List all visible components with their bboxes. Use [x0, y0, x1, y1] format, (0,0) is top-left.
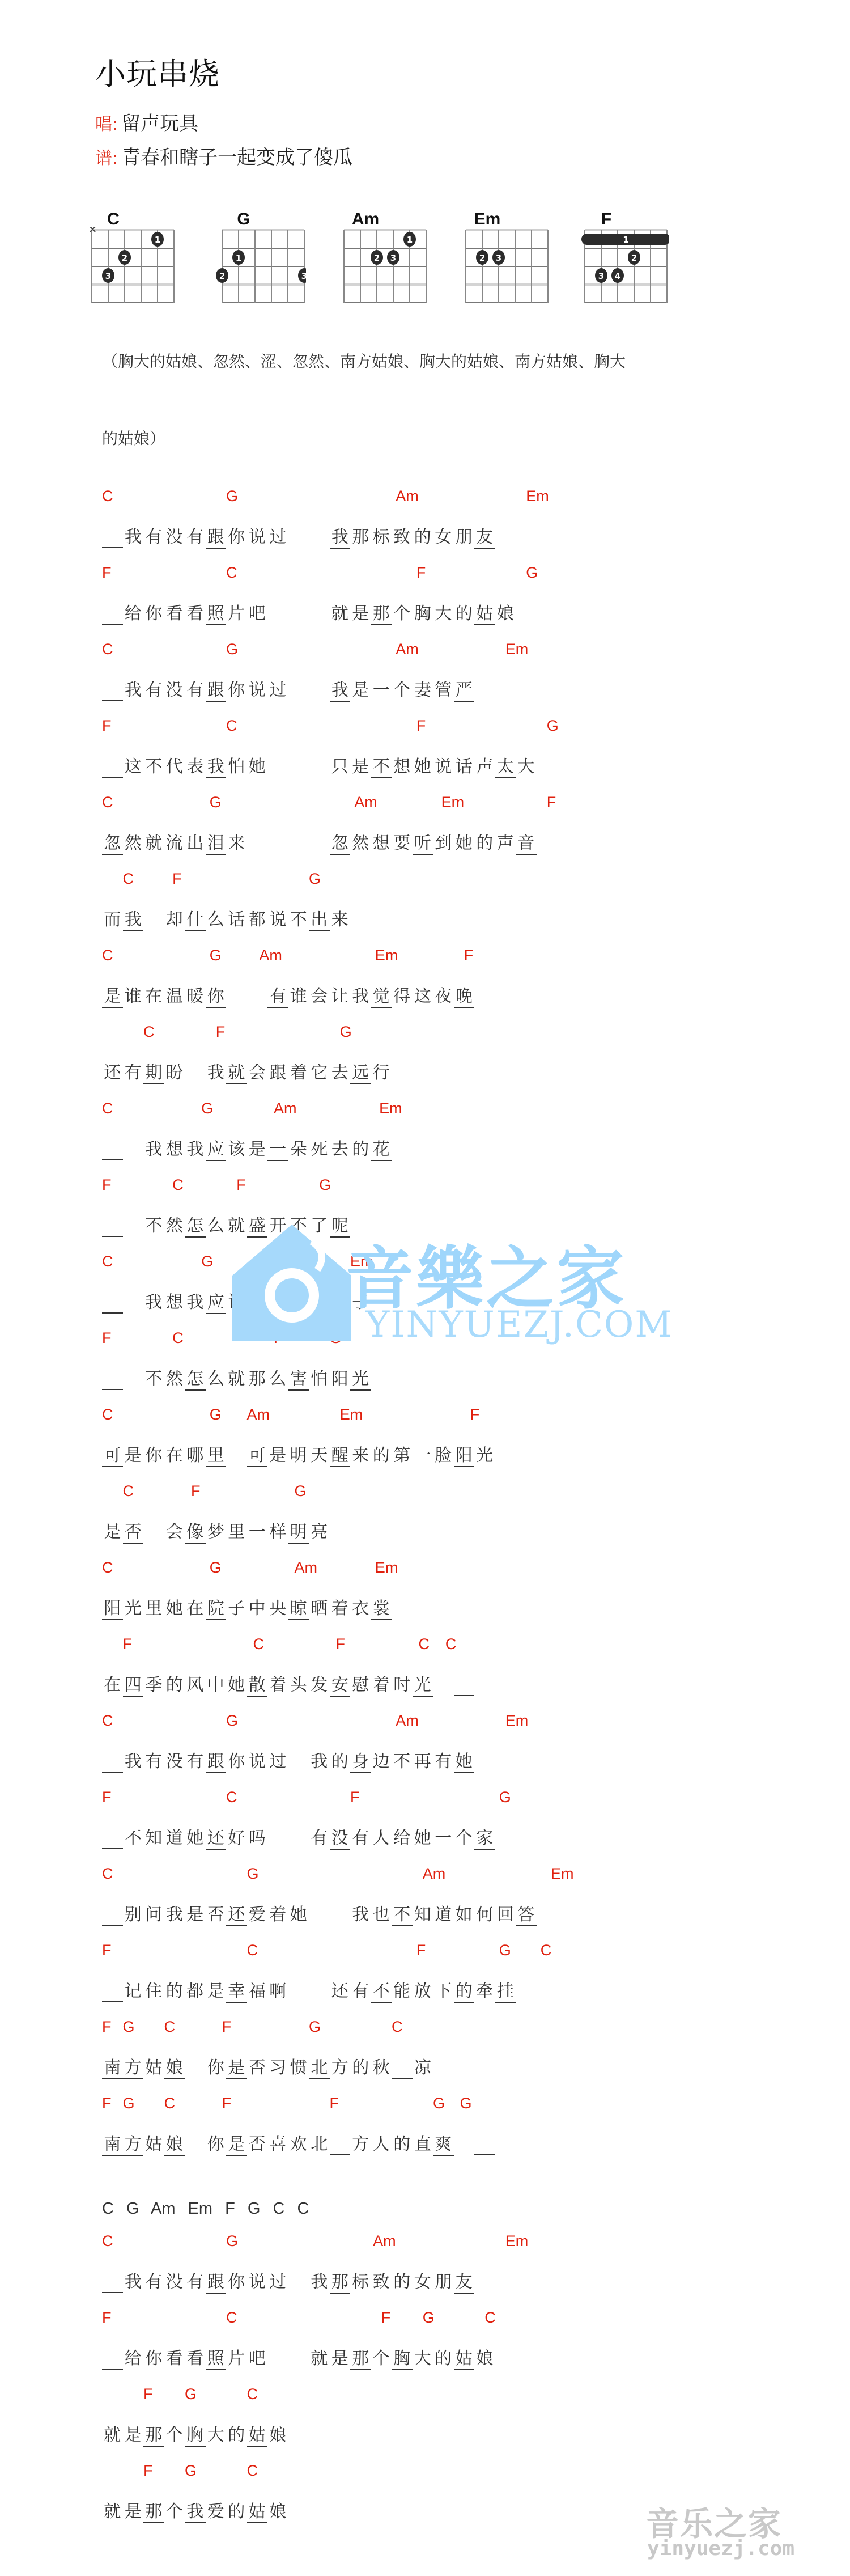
lyric-char: 我 — [350, 982, 371, 1007]
chord-name[interactable]: C — [143, 1023, 155, 1041]
chord-line: CGAmEm — [102, 1712, 810, 1731]
lyric-line: 给你看看照片吧 就是那个胸大的姑娘 — [102, 599, 516, 625]
chord-name[interactable]: F — [102, 1176, 112, 1194]
lyric-char: 喜 — [267, 2130, 288, 2155]
lyric-char: 风 — [185, 1671, 206, 1696]
chord-name[interactable]: G — [226, 488, 238, 505]
lyric-char: 姑 — [143, 2130, 164, 2155]
lyric-char: 的 — [371, 1441, 392, 1466]
chord-name[interactable]: F — [102, 564, 112, 582]
chord-name[interactable]: C — [226, 2309, 237, 2327]
chord-name[interactable]: C — [102, 1559, 113, 1577]
lyric-char: 是 — [350, 676, 371, 701]
lyric-char: 是 — [185, 1900, 206, 1925]
lyric-char: 有 — [350, 1824, 371, 1849]
lyric-char: 就 — [330, 599, 351, 624]
lyric-char: 怕 — [309, 1365, 330, 1389]
lyric-char: 也 — [371, 1900, 392, 1925]
chord-name[interactable]: C — [226, 717, 237, 735]
lyric-char: 有 — [433, 1747, 454, 1772]
lyric-char: 想 — [371, 829, 392, 854]
chord-name[interactable]: Em — [375, 947, 398, 964]
chord-line: FCFG — [102, 717, 810, 736]
lyric-char: 欢 — [288, 2130, 309, 2155]
chord-line: FGCFGC — [102, 2018, 810, 2037]
lyric-char-chord-anchor: 胸 — [392, 2344, 413, 2370]
chord-name[interactable]: G — [340, 1023, 352, 1041]
chord-name[interactable]: Am — [373, 2232, 396, 2250]
chord-name[interactable]: G — [226, 2232, 238, 2250]
lyric-char-chord-anchor: 我 — [123, 905, 144, 931]
lyric-char: 我 — [143, 1288, 164, 1313]
lyric-char: 是 — [350, 752, 371, 777]
lyric-char: 的 — [164, 1671, 185, 1696]
lyric-char: 衣 — [350, 1594, 371, 1619]
chord-name[interactable]: C — [102, 947, 113, 964]
chord-name[interactable]: C — [164, 2095, 176, 2112]
lyric-line: 我有没有跟你说过 我是一个妻管严 — [102, 676, 474, 702]
lyric-char: 我 — [123, 2268, 144, 2293]
lyric-char: 就 — [226, 1211, 247, 1236]
lyric-char — [288, 752, 309, 777]
lyric-char-chord-anchor: 阳 — [102, 1594, 123, 1620]
chord-name[interactable]: G — [185, 2462, 197, 2480]
chord-name[interactable]: G — [460, 2095, 471, 2112]
lyric-char-chord-anchor: 娘 — [164, 2053, 185, 2079]
lyric-char-chord-anchor: 答 — [516, 1900, 537, 1926]
singer-name[interactable]: 留声玩具 — [121, 112, 198, 135]
lyric-char: 夜 — [288, 1288, 309, 1313]
chord-name[interactable]: G — [210, 1559, 222, 1577]
lyric-char-chord-anchor: 一 — [267, 1135, 288, 1161]
chord-name[interactable]: Am — [274, 1253, 297, 1270]
chord-line: CGAmEmF — [102, 1406, 810, 1425]
lyric-char — [288, 676, 309, 701]
lyric-char-chord-anchor: 没 — [330, 1824, 351, 1850]
lyric-char-chord-anchor: 否 — [123, 1518, 144, 1544]
fretboard-grid-icon: 123 — [331, 227, 428, 306]
lyric-char: 她 — [247, 752, 268, 777]
lyric-char-chord-anchor — [102, 680, 123, 701]
lyric-char-chord-anchor: 那 — [330, 2268, 351, 2294]
chord-name[interactable]: F — [381, 2309, 391, 2327]
chord-name[interactable]: G — [499, 1789, 511, 1806]
chord-name[interactable]: F — [102, 2309, 112, 2327]
svg-text:1: 1 — [236, 253, 241, 263]
lyric-char-chord-anchor: 家 — [474, 1824, 495, 1850]
song-title: 小玩串烧 — [95, 50, 220, 94]
chord-line: CFG — [102, 870, 810, 889]
chord-line: CGAmEm — [102, 488, 810, 507]
chord-name[interactable]: Am — [396, 1712, 419, 1730]
lyric-char: 致 — [371, 2268, 392, 2293]
svg-text:×: × — [88, 227, 97, 235]
lyric-char: 我 — [206, 1058, 227, 1083]
lyric-char: 你 — [226, 676, 247, 701]
chord-name[interactable]: F — [102, 1789, 112, 1806]
svg-text:1: 1 — [155, 235, 160, 245]
lyric-char: 我 — [123, 1747, 144, 1772]
lyric-char: 爱 — [206, 2497, 227, 2522]
lyric-char: 个 — [371, 2344, 392, 2369]
chord-name[interactable]: F — [335, 1636, 345, 1653]
lyric-line: 忽然就流出泪来 忽然想要听到她的声音 — [102, 829, 537, 855]
lyric-char: 会 — [309, 982, 330, 1007]
chord-name[interactable]: Am — [354, 794, 377, 811]
chord-name[interactable]: F — [191, 1482, 201, 1500]
lyric-char-chord-anchor: 她 — [454, 1747, 475, 1773]
chord-name[interactable]: G — [547, 717, 559, 735]
lyric-char: 是 — [123, 1441, 144, 1466]
lyric-char-chord-anchor: 姑 — [474, 599, 495, 625]
lyric-char: 来 — [350, 1441, 371, 1466]
lyric-char-chord-anchor: 四 — [123, 1671, 144, 1697]
chord-name[interactable]: Em — [375, 1559, 398, 1577]
chord-name[interactable]: F — [547, 794, 556, 811]
chord-name[interactable]: G — [210, 1406, 222, 1423]
lyric-char: 我 — [309, 2268, 330, 2293]
chord-name[interactable]: C — [123, 1482, 134, 1500]
chord-name[interactable]: C — [392, 2018, 403, 2036]
lyric-char-chord-anchor: 照 — [206, 599, 227, 625]
svg-text:2: 2 — [219, 271, 225, 281]
lyric-char-chord-anchor: 不 — [371, 752, 392, 778]
lyric-char-chord-anchor: 方 — [123, 2130, 144, 2156]
chord-name[interactable]: C — [226, 1789, 237, 1806]
lyric-char: 跟 — [267, 1058, 288, 1083]
lyric-char: 有 — [185, 676, 206, 701]
chord-line: FGC — [102, 2462, 810, 2481]
lyric-char: 就 — [143, 829, 164, 854]
chord-name[interactable]: Am — [247, 1406, 270, 1423]
lyric-char-chord-anchor: 不 — [371, 1977, 392, 2003]
arranger-name[interactable]: 青春和瞎子一起变成了傻瓜 — [121, 146, 352, 169]
lyric-char: 放 — [413, 1977, 433, 2002]
chord-diagram-name: C — [57, 210, 170, 229]
lyric-char: 不 — [288, 905, 309, 930]
chord-name[interactable]: C — [102, 1865, 113, 1883]
chord-name[interactable]: C — [253, 1636, 264, 1653]
lyric-char-chord-anchor: 怎 — [185, 1365, 206, 1391]
lyric-char: 的 — [474, 829, 495, 854]
chord-name[interactable]: Em — [526, 488, 549, 505]
chord-name[interactable]: G — [294, 1482, 306, 1500]
chord-diagram-name: Em — [431, 210, 544, 229]
chord-name[interactable]: C — [484, 2309, 496, 2327]
chord-name[interactable]: F — [102, 2018, 112, 2036]
chord-name[interactable]: C — [102, 488, 113, 505]
chord-name[interactable]: G — [210, 794, 222, 811]
lyric-char: 她 — [164, 1594, 185, 1619]
lyric-char-chord-anchor — [102, 1905, 123, 1926]
lyric-char: 着 — [267, 1671, 288, 1696]
chord-name[interactable]: Em — [340, 1406, 363, 1423]
lyric-char: 光 — [474, 1441, 495, 1466]
lyric-char-chord-anchor — [392, 2058, 413, 2079]
chord-name[interactable]: F — [330, 2095, 339, 2112]
chord-name[interactable]: C — [418, 1636, 430, 1653]
chord-name[interactable]: F — [470, 1406, 480, 1423]
lyric-char: 的 — [350, 1135, 371, 1160]
lyric-char: 胸 — [413, 599, 433, 624]
chord-name[interactable]: G — [319, 1176, 331, 1194]
chord-name[interactable]: F — [216, 1023, 226, 1041]
lyric-line: 我想我应该是一朵死去的花 — [102, 1135, 392, 1161]
lyric-char: 下 — [433, 1977, 454, 2002]
lyric-char-chord-anchor — [330, 2134, 351, 2155]
lyric-char-chord-anchor — [102, 604, 123, 625]
lyric-char: 梦 — [206, 1518, 227, 1543]
lyric-char-chord-anchor: 盛 — [247, 1211, 268, 1238]
lyric-char: 是 — [123, 2497, 144, 2522]
chord-name[interactable]: C — [102, 1406, 113, 1423]
lyric-char: 娘 — [474, 2344, 495, 2369]
lyric-char-chord-anchor: 觉 — [371, 982, 392, 1008]
lyric-char: 没 — [164, 676, 185, 701]
chord-name[interactable]: C — [247, 2386, 258, 2403]
chord-name[interactable]: C — [541, 1942, 552, 1959]
lyric-char: 然 — [123, 829, 144, 854]
lyric-char — [247, 982, 268, 1007]
lyric-char: 是 — [102, 1518, 123, 1543]
lyric-char: 有 — [143, 2268, 164, 2293]
chord-name[interactable]: C — [102, 1253, 113, 1270]
lyric-char — [267, 829, 288, 854]
chord-name[interactable]: G — [499, 1942, 511, 1959]
chord-name[interactable]: G — [201, 1253, 213, 1270]
lyric-char: 知 — [143, 1824, 164, 1849]
watermark-center-cn: 音樂之家 — [346, 1225, 627, 1322]
chord-name[interactable]: F — [222, 2018, 232, 2036]
lyric-char: 发 — [309, 1671, 330, 1696]
lyric-char-chord-anchor: 就 — [226, 1058, 247, 1084]
lyric-char: 没 — [164, 523, 185, 548]
chord-name[interactable]: F — [143, 2462, 153, 2480]
lyric-char: 行 — [371, 1058, 392, 1083]
lyric-line: 我有没有跟你说过 我的身边不再有她 — [102, 1747, 474, 1773]
lyric-char-chord-anchor: 跟 — [206, 1747, 227, 1773]
chord-name[interactable]: Am — [396, 641, 419, 658]
chord-name[interactable]: G — [433, 2095, 445, 2112]
lyric-char — [309, 1900, 330, 1925]
chord-name[interactable]: F — [416, 564, 426, 582]
svg-text:2: 2 — [631, 253, 637, 263]
chord-name[interactable]: F — [102, 717, 112, 735]
lyric-char: 就 — [102, 2497, 123, 2522]
lyric-char: 我 — [164, 1900, 185, 1925]
chord-line: FGC — [102, 2386, 810, 2405]
chord-name[interactable]: C — [445, 1636, 457, 1653]
chord-line: FCFGC — [102, 1942, 810, 1961]
lyric-char: 大 — [413, 2344, 433, 2369]
chord-name[interactable]: Em — [505, 641, 529, 658]
lyric-char-chord-anchor: 像 — [185, 1518, 206, 1544]
chord-name[interactable]: C — [102, 794, 113, 811]
chord-name[interactable]: G — [210, 947, 222, 964]
lyric-char: 么 — [206, 905, 227, 930]
chord-name[interactable]: Em — [505, 2232, 529, 2250]
chord-line: CGAmEmF — [102, 794, 810, 813]
lyric-char — [309, 599, 330, 624]
chord-name[interactable]: C — [102, 1100, 113, 1117]
fretboard-grid-icon: 23 — [453, 227, 550, 306]
chord-name[interactable]: G — [123, 2018, 135, 2036]
lyric-char — [288, 1747, 309, 1772]
lyric-char — [288, 1824, 309, 1849]
lyric-line: 我想我应该是黑夜的孩子 — [102, 1288, 371, 1314]
lyric-char: 一 — [247, 1518, 268, 1543]
lyric-char-chord-anchor: 怎 — [185, 1211, 206, 1238]
lyric-char: 着 — [330, 1594, 351, 1619]
chord-name[interactable]: G — [309, 870, 321, 888]
chord-name[interactable]: F — [464, 947, 474, 964]
lyric-char: 么 — [206, 1365, 227, 1389]
chord-name[interactable]: C — [102, 2232, 113, 2250]
chord-name[interactable]: G — [226, 1712, 238, 1730]
chord-name[interactable]: C — [102, 641, 113, 658]
chord-name[interactable]: G — [247, 1865, 259, 1883]
lyric-char: 脸 — [433, 1441, 454, 1466]
chord-name[interactable]: G — [309, 2018, 321, 2036]
chord-name[interactable]: Am — [294, 1559, 317, 1577]
chord-name[interactable]: Em — [551, 1865, 574, 1883]
lyric-char: 的 — [226, 2421, 247, 2446]
lyric-char: 温 — [164, 982, 185, 1007]
lyric-char: 否 — [206, 1900, 227, 1925]
lyric-char-chord-anchor: 那 — [143, 2497, 164, 2523]
lyric-char: 看 — [185, 599, 206, 624]
fretboard-grid-icon: 123 — [210, 227, 306, 306]
lyric-char: 还 — [330, 1977, 351, 2002]
lyric-char: 个 — [392, 599, 413, 624]
lyric-char: 哪 — [185, 1441, 206, 1466]
singer-line: 唱:留声玩具 — [95, 108, 198, 135]
chord-name[interactable]: C — [172, 1329, 184, 1347]
chord-name[interactable]: Em — [505, 1712, 529, 1730]
chord-name[interactable]: F — [416, 717, 426, 735]
chord-name[interactable]: F — [102, 1329, 112, 1347]
lyric-char-chord-anchor: 跟 — [206, 2268, 227, 2294]
chord-name[interactable]: G — [226, 641, 238, 658]
chord-name[interactable]: G — [201, 1100, 213, 1117]
lyric-char-chord-anchor: 害 — [288, 1365, 309, 1391]
chord-name[interactable]: C — [164, 2018, 176, 2036]
lyric-char: 不 — [143, 1365, 164, 1389]
chord-name[interactable]: F — [350, 1789, 360, 1806]
lyric-char: 一 — [371, 676, 392, 701]
lyric-char — [309, 1977, 330, 2002]
lyric-char-chord-anchor: 期 — [143, 1058, 164, 1084]
chord-name[interactable]: F — [236, 1176, 246, 1194]
watermark-corner: 音乐之家 yinyuezj.com — [646, 2497, 833, 2565]
lyric-char: 亮 — [309, 1518, 330, 1543]
chord-line: CFG — [102, 1482, 810, 1502]
lyric-char: 出 — [185, 829, 206, 854]
lyric-char: 的 — [454, 599, 475, 624]
lyric-char: 孩 — [330, 1288, 351, 1313]
chord-name[interactable]: C — [247, 2462, 258, 2480]
chord-name[interactable]: Am — [274, 1100, 297, 1117]
lyric-char: 的 — [350, 2053, 371, 2078]
lyric-char: 问 — [143, 1900, 164, 1925]
chord-name[interactable]: F — [222, 2095, 232, 2112]
chord-name[interactable]: C — [172, 1176, 184, 1194]
chord-name[interactable]: Am — [423, 1865, 446, 1883]
chord-name[interactable]: Am — [259, 947, 282, 964]
lyric-char — [267, 1824, 288, 1849]
lyric-line: 别问我是否还爱着她 我也不知道如何回答 — [102, 1900, 537, 1926]
lyric-char: 说 — [247, 1747, 268, 1772]
lyric-char-chord-anchor: 院 — [206, 1594, 227, 1620]
lyric-char-chord-anchor: 可 — [247, 1441, 268, 1467]
svg-text:3: 3 — [598, 271, 604, 281]
lyric-char: 那 — [247, 1365, 268, 1389]
chord-name[interactable]: C — [102, 1712, 113, 1730]
chord-name[interactable]: Em — [441, 794, 465, 811]
lyric-char: 姑 — [143, 2053, 164, 2078]
chord-diagram-c: C×123 — [79, 204, 193, 306]
lyric-char: 个 — [164, 2497, 185, 2522]
lyric-char-chord-anchor: 挂 — [495, 1977, 516, 2003]
chord-name[interactable]: C — [226, 564, 237, 582]
chord-name[interactable]: Em — [350, 1253, 373, 1270]
lyric-char: 话 — [454, 752, 475, 777]
chord-name[interactable]: F — [416, 1942, 426, 1959]
chord-name[interactable]: F — [172, 870, 182, 888]
chord-name[interactable]: G — [423, 2309, 435, 2327]
lyric-char: 你 — [206, 2130, 227, 2155]
lyric-char: 时 — [392, 1671, 413, 1696]
chord-name[interactable]: G — [123, 2095, 135, 2112]
lyric-char-chord-anchor: 忽 — [330, 829, 351, 855]
chord-line: CGAmEm — [102, 1559, 810, 1578]
chord-name[interactable]: F — [102, 2095, 112, 2112]
chord-name[interactable]: C — [123, 870, 134, 888]
lyric-char-chord-anchor: 我 — [330, 676, 351, 702]
lyric-char: 晒 — [309, 1594, 330, 1619]
lyric-char: 我 — [123, 523, 144, 548]
chord-name[interactable]: G — [185, 2386, 197, 2403]
lyric-char: 我 — [350, 1900, 371, 1925]
lyric-char: 我 — [123, 676, 144, 701]
chord-name[interactable]: Am — [396, 488, 419, 505]
chord-diagrams: C×123G123Am123Em23F1234 — [79, 204, 703, 306]
lyric-char: 季 — [143, 1671, 164, 1696]
lyric-char: 个 — [392, 676, 413, 701]
chord-name[interactable]: F — [123, 1636, 133, 1653]
lyric-char: 在 — [164, 1441, 185, 1466]
lyric-char-chord-anchor: 晚 — [454, 982, 475, 1008]
lyric-char: 有 — [185, 2268, 206, 2293]
lyric-char: 表 — [185, 752, 206, 777]
lyric-char: 的 — [330, 1747, 351, 1772]
chord-name[interactable]: F — [274, 1329, 283, 1347]
lyric-char: 标 — [371, 523, 392, 548]
chord-name[interactable]: F — [102, 1942, 112, 1959]
lyric-line: 就是那个胸大的姑娘 — [102, 2421, 288, 2447]
chord-name[interactable]: G — [526, 564, 538, 582]
lyric-char: 该 — [226, 1135, 247, 1160]
lyric-char: 给 — [123, 599, 144, 624]
chord-name[interactable]: G — [330, 1329, 342, 1347]
chord-name[interactable]: Em — [379, 1100, 402, 1117]
lyric-char: 凉 — [413, 2053, 433, 2078]
chord-name[interactable]: F — [143, 2386, 153, 2403]
chord-name[interactable]: C — [247, 1942, 258, 1959]
lyric-char-chord-anchor: 远 — [350, 1058, 371, 1084]
lyric-char-chord-anchor: 姑 — [454, 2344, 475, 2370]
lyric-char: 声 — [495, 829, 516, 854]
